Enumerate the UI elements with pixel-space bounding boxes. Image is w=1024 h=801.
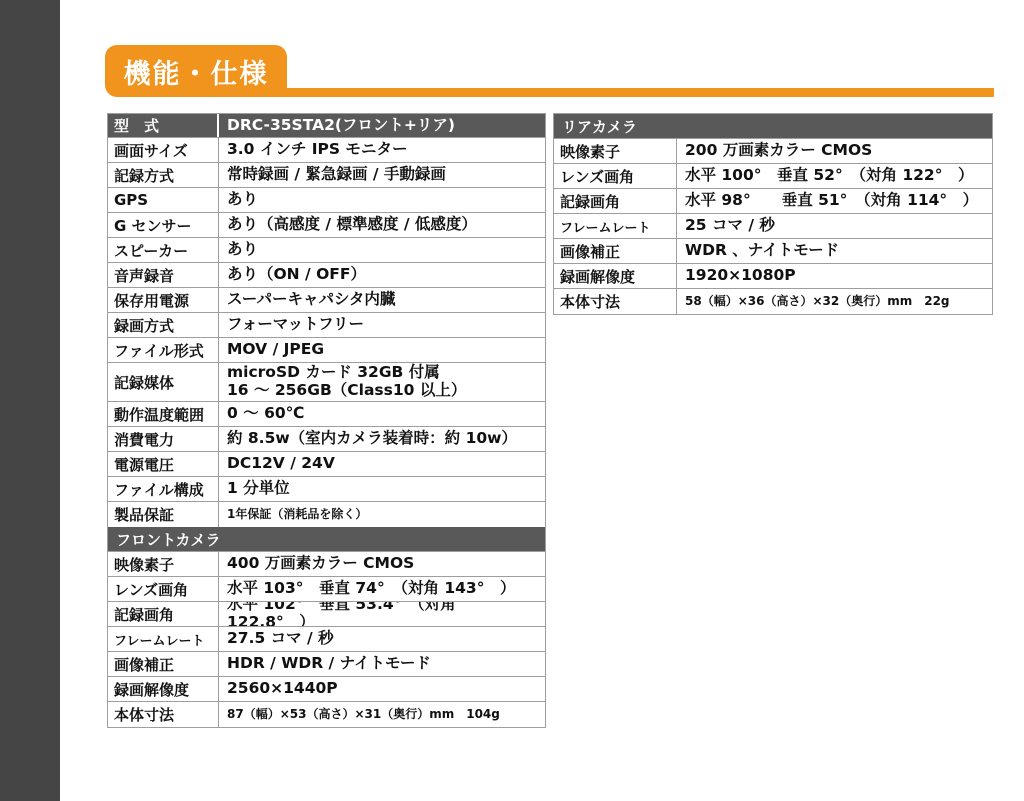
rear-camera-section-header: リアカメラ xyxy=(554,114,992,139)
table-row: スピーカーあり xyxy=(108,238,545,263)
spec-value: HDR / WDR / ナイトモード xyxy=(219,652,545,676)
table-row: 記録方式常時録画 / 緊急録画 / 手動録画 xyxy=(108,163,545,188)
spec-label: ファイル形式 xyxy=(108,338,219,362)
table-row: 画像補正HDR / WDR / ナイトモード xyxy=(108,652,545,677)
spec-value: 1920×1080P xyxy=(677,264,992,288)
spec-value: DC12V / 24V xyxy=(219,452,545,476)
rear-camera-table: リアカメラ 映像素子200 万画素カラー CMOSレンズ画角水平 100° 垂直… xyxy=(553,113,993,315)
main-spec-table: 型 式 DRC-35STA2(フロント+リア) 画面サイズ3.0 インチ IPS… xyxy=(107,113,546,728)
spec-label: 記録画角 xyxy=(108,602,219,626)
spec-label: 画像補正 xyxy=(108,652,219,676)
spec-label: 本体寸法 xyxy=(554,289,677,314)
spec-label: 保存用電源 xyxy=(108,288,219,312)
spec-value: MOV / JPEG xyxy=(219,338,545,362)
spec-label: 記録方式 xyxy=(108,163,219,187)
spec-label: 画像補正 xyxy=(554,239,677,263)
spec-value: スーパーキャパシタ内臓 xyxy=(219,288,545,312)
table-row: レンズ画角水平 103° 垂直 74° （対角 143° ） xyxy=(108,577,545,602)
table-row: 本体寸法87（幅）×53（高さ）×31（奥行）mm 104g xyxy=(108,702,545,727)
spec-value: あり xyxy=(219,188,545,212)
spec-label: フレームレート xyxy=(554,214,677,238)
spec-label: 記録媒体 xyxy=(108,363,219,401)
spec-label: 音声録音 xyxy=(108,263,219,287)
spec-label: 録画解像度 xyxy=(108,677,219,701)
spec-label: ファイル構成 xyxy=(108,477,219,501)
spec-value: 87（幅）×53（高さ）×31（奥行）mm 104g xyxy=(219,702,545,727)
spec-value: 58（幅）×36（高さ）×32（奥行）mm 22g xyxy=(677,289,992,314)
table-row: 録画解像度1920×1080P xyxy=(554,264,992,289)
spec-label: 本体寸法 xyxy=(108,702,219,727)
spec-label: フレームレート xyxy=(108,627,219,651)
table-row: 画面サイズ3.0 インチ IPS モニター xyxy=(108,138,545,163)
model-header-row: 型 式 DRC-35STA2(フロント+リア) xyxy=(108,114,545,138)
spec-value: 水平 98° 垂直 51° （対角 114° ） xyxy=(677,189,992,213)
spec-value: 約 8.5w（室内カメラ装着時：約 10w） xyxy=(219,427,545,451)
table-row: 録画方式フォーマットフリー xyxy=(108,313,545,338)
spec-value: 3.0 インチ IPS モニター xyxy=(219,138,545,162)
spec-value: 27.5 コマ / 秒 xyxy=(219,627,545,651)
spec-value: 水平 103° 垂直 74° （対角 143° ） xyxy=(219,577,545,601)
front-camera-rows: 映像素子400 万画素カラー CMOSレンズ画角水平 103° 垂直 74° （… xyxy=(108,552,545,727)
spec-label: 映像素子 xyxy=(554,139,677,163)
section-title-badge: 機能・仕様 xyxy=(105,45,287,97)
table-row: 動作温度範囲0 ～ 60℃ xyxy=(108,402,545,427)
table-row: 映像素子200 万画素カラー CMOS xyxy=(554,139,992,164)
spec-label: 画面サイズ xyxy=(108,138,219,162)
table-row: レンズ画角水平 100° 垂直 52° （対角 122° ） xyxy=(554,164,992,189)
table-row: 画像補正WDR 、ナイトモード xyxy=(554,239,992,264)
table-row: G センサーあり（高感度 / 標準感度 / 低感度） xyxy=(108,213,545,238)
spec-value: 200 万画素カラー CMOS xyxy=(677,139,992,163)
page-title: 機能・仕様 xyxy=(124,52,269,91)
table-row: 映像素子400 万画素カラー CMOS xyxy=(108,552,545,577)
title-underline-bar xyxy=(282,88,994,97)
table-row: 本体寸法58（幅）×36（高さ）×32（奥行）mm 22g xyxy=(554,289,992,314)
spec-label: 録画方式 xyxy=(108,313,219,337)
spec-label: G センサー xyxy=(108,213,219,237)
table-row: フレームレート27.5 コマ / 秒 xyxy=(108,627,545,652)
spec-value: 2560×1440P xyxy=(219,677,545,701)
spec-label: 電源電圧 xyxy=(108,452,219,476)
spec-label: 製品保証 xyxy=(108,502,219,527)
spec-label: 動作温度範囲 xyxy=(108,402,219,426)
table-row: 録画解像度2560×1440P xyxy=(108,677,545,702)
spec-value: 25 コマ / 秒 xyxy=(677,214,992,238)
spec-value: 0 ～ 60℃ xyxy=(219,402,545,426)
spec-label: スピーカー xyxy=(108,238,219,262)
spec-value: 水平 102° 垂直 53.4° （対角 122.8° ） xyxy=(219,602,545,626)
table-row: GPSあり xyxy=(108,188,545,213)
spec-label: 映像素子 xyxy=(108,552,219,576)
table-row: 音声録音あり（ON / OFF） xyxy=(108,263,545,288)
table-row: 製品保証1年保証（消耗品を除く） xyxy=(108,502,545,527)
spec-value: 400 万画素カラー CMOS xyxy=(219,552,545,576)
spec-label: GPS xyxy=(108,188,219,212)
table-row: 電源電圧DC12V / 24V xyxy=(108,452,545,477)
table-row: ファイル構成1 分単位 xyxy=(108,477,545,502)
front-camera-section-header: フロントカメラ xyxy=(108,527,545,552)
spec-value: あり（ON / OFF） xyxy=(219,263,545,287)
table-row: 保存用電源スーパーキャパシタ内臓 xyxy=(108,288,545,313)
table-row: フレームレート25 コマ / 秒 xyxy=(554,214,992,239)
spec-value: microSD カード 32GB 付属 16 ～ 256GB（Class10 以… xyxy=(219,363,545,401)
spec-value: 水平 100° 垂直 52° （対角 122° ） xyxy=(677,164,992,188)
spec-label: レンズ画角 xyxy=(108,577,219,601)
table-row: 記録画角水平 98° 垂直 51° （対角 114° ） xyxy=(554,189,992,214)
table-row: 記録媒体microSD カード 32GB 付属 16 ～ 256GB（Class… xyxy=(108,363,545,402)
spec-value: フォーマットフリー xyxy=(219,313,545,337)
spec-value: DRC-35STA2(フロント+リア) xyxy=(219,114,545,137)
spec-label: レンズ画角 xyxy=(554,164,677,188)
spec-label: 記録画角 xyxy=(554,189,677,213)
spec-value: あり（高感度 / 標準感度 / 低感度） xyxy=(219,213,545,237)
table-row: 消費電力約 8.5w（室内カメラ装着時：約 10w） xyxy=(108,427,545,452)
spec-value: WDR 、ナイトモード xyxy=(677,239,992,263)
table-row: ファイル形式MOV / JPEG xyxy=(108,338,545,363)
spec-value: あり xyxy=(219,238,545,262)
general-spec-rows: 画面サイズ3.0 インチ IPS モニター記録方式常時録画 / 緊急録画 / 手… xyxy=(108,138,545,527)
rear-camera-rows: 映像素子200 万画素カラー CMOSレンズ画角水平 100° 垂直 52° （… xyxy=(554,139,992,314)
page-left-margin-band xyxy=(0,0,60,801)
spec-value: 1年保証（消耗品を除く） xyxy=(219,502,545,527)
spec-label: 型 式 xyxy=(108,114,219,137)
spec-value: 常時録画 / 緊急録画 / 手動録画 xyxy=(219,163,545,187)
spec-label: 録画解像度 xyxy=(554,264,677,288)
spec-value: 1 分単位 xyxy=(219,477,545,501)
spec-label: 消費電力 xyxy=(108,427,219,451)
table-row: 記録画角水平 102° 垂直 53.4° （対角 122.8° ） xyxy=(108,602,545,627)
